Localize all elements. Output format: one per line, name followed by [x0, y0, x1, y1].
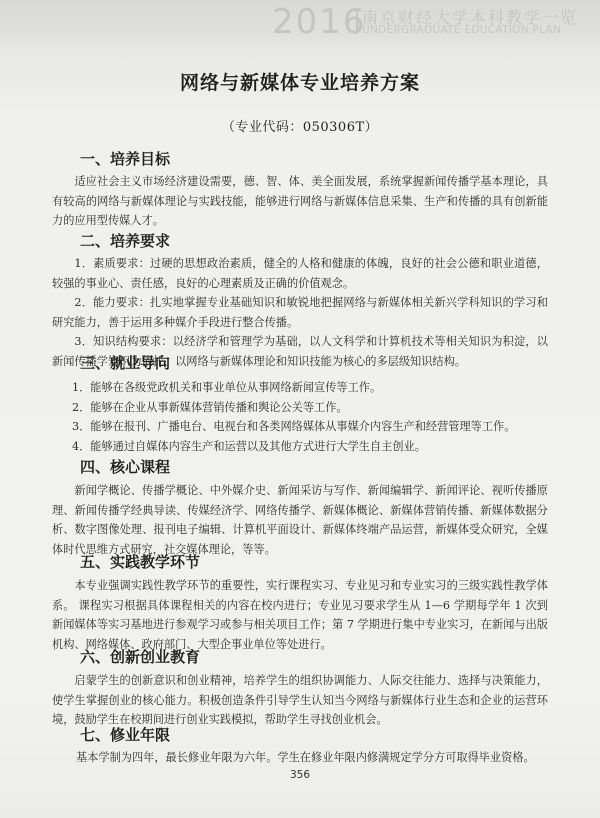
page-number: 356	[0, 769, 600, 781]
section-body: 新闻学概论、传播学概论、中外媒介史、新闻采访与写作、新闻编辑学、新闻评论、视听传…	[52, 481, 548, 559]
section-body: 适应社会主义市场经济建设需要，德、智、体、美全面发展，系统掌握新闻传播学基本理论…	[52, 172, 548, 231]
section-heading: 二、培养要求	[80, 230, 170, 251]
section-heading: 六、创新创业教育	[80, 646, 200, 667]
major-code: （专业代码：050306T）	[0, 116, 600, 135]
employment-list: 1．能够在各级党政机关和事业单位从事网络新闻宣传等工作。 2．能够在企业从事新媒…	[72, 378, 552, 456]
paragraph: 适应社会主义市场经济建设需要，德、智、体、美全面发展，系统掌握新闻传播学基本理论…	[52, 172, 548, 231]
list-item: 1．能够在各级党政机关和事业单位从事网络新闻宣传等工作。	[72, 378, 552, 398]
header-divider	[356, 8, 358, 34]
list-item: 3．能够在报刊、广播电台、电视台和各类网络媒体从事媒介内容生产和经营管理等工作。	[72, 417, 552, 437]
list-item: 4．能够通过自媒体内容生产和运营以及其他方式进行大学生自主创业。	[72, 437, 552, 457]
section-heading: 一、培养目标	[80, 148, 170, 169]
header-title-en: UNDERGRADUATE EDUCATION PLAN	[362, 24, 561, 36]
running-header: 2016 南京财经大学本科教学一览 UNDERGRADUATE EDUCATIO…	[0, 0, 600, 48]
section-heading: 四、核心课程	[80, 456, 170, 477]
section-body: 基本学制为四年，最长修业年限为六年。学生在修业年限内修满规定学分方可取得毕业资格…	[76, 748, 572, 768]
section-heading: 三、就业导向	[80, 352, 170, 373]
document-page: 2016 南京财经大学本科教学一览 UNDERGRADUATE EDUCATIO…	[0, 0, 600, 818]
section-heading: 五、实践教学环节	[80, 551, 200, 572]
paragraph: 基本学制为四年，最长修业年限为六年。学生在修业年限内修满规定学分方可取得毕业资格…	[76, 748, 572, 768]
section-body: 本专业强调实践性教学环节的重要性，实行课程实习、专业见习和专业实习的三级实践性教…	[52, 576, 548, 654]
section-heading: 七、修业年限	[80, 724, 170, 745]
paragraph: 新闻学概论、传播学概论、中外媒介史、新闻采访与写作、新闻编辑学、新闻评论、视听传…	[52, 481, 548, 559]
paragraph: 本专业强调实践性教学环节的重要性，实行课程实习、专业见习和专业实习的三级实践性教…	[52, 576, 548, 654]
paragraph: 1．素质要求：过硬的思想政治素质，健全的人格和健康的体魄，良好的社会公德和职业道…	[52, 254, 548, 293]
section-body: 启蒙学生的创新意识和创业精神，培养学生的组织协调能力、人际交往能力、选择与决策能…	[52, 671, 548, 730]
header-year: 2016	[272, 2, 367, 42]
list-item: 2．能够在企业从事新媒体营销传播和舆论公关等工作。	[72, 398, 552, 418]
paragraph: 2．能力要求：扎实地掌握专业基础知识和敏锐地把握网络与新媒体相关新兴学科知识的学…	[52, 293, 548, 332]
paragraph: 启蒙学生的创新意识和创业精神，培养学生的组织协调能力、人际交往能力、选择与决策能…	[52, 671, 548, 730]
document-title: 网络与新媒体专业培养方案	[0, 68, 600, 95]
